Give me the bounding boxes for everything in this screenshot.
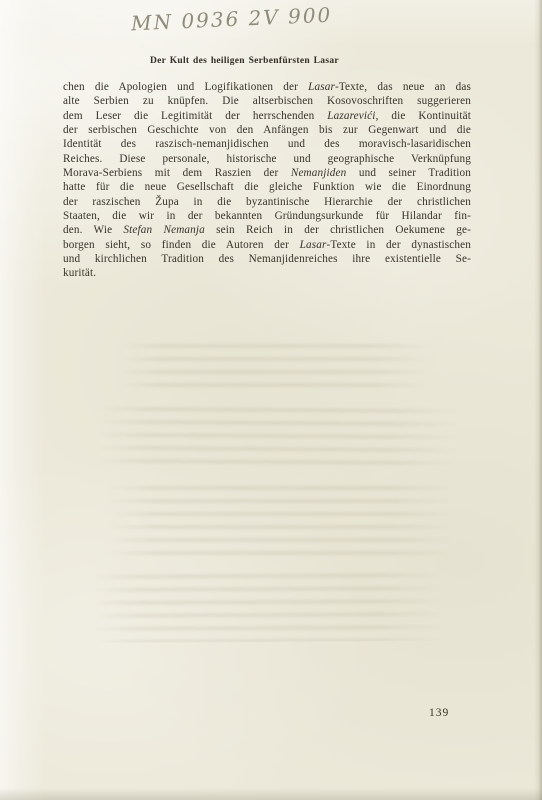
text-segment: dem Leser die Legitimität der herrschend… (63, 110, 327, 122)
paragraph-line: kurität. (63, 266, 471, 280)
text-segment: Identität des raszisch-nemanjidischen un… (63, 138, 471, 150)
text-segment: der serbischen Geschichte von den Anfäng… (63, 124, 471, 136)
paragraph-line: Reiches. Diese personale, historische un… (63, 152, 471, 166)
paragraph-line: den. Wie Stefan Nemanja sein Reich in de… (63, 223, 471, 237)
scan-shadow-edge-right (534, 0, 542, 800)
scanned-book-page: MN 0936 2V 900 Der Kult des heiligen Ser… (0, 0, 542, 800)
paragraph-line: Staaten, die wir in der bekannten Gründu… (63, 209, 471, 223)
bleedthrough-ghost-text (98, 399, 458, 474)
text-segment: Staaten, die wir in der bekannten Gründu… (63, 210, 471, 222)
paragraph-line: der serbischen Geschichte von den Anfäng… (63, 123, 471, 137)
body-paragraph: chen die Apologien und Logifikationen de… (63, 80, 471, 281)
text-segment: alte Serbien zu knüpfen. Die altserbisch… (63, 95, 471, 107)
paragraph-line: hatte für die neue Gesellschaft die glei… (63, 180, 471, 194)
text-segment: und seiner Tradition (346, 167, 471, 179)
page-number: 139 (429, 707, 449, 719)
bleedthrough-ghost-text (108, 478, 453, 564)
paragraph-line: der raszischen Župa in die byzantinische… (63, 195, 471, 209)
text-segment: Morava-Serbiens mit dem Raszien der (63, 167, 291, 179)
paragraph-line: alte Serbien zu knüpfen. Die altserbisch… (63, 94, 471, 108)
text-segment: kurität. (63, 267, 96, 279)
italic-text-segment: Lazarevići (327, 110, 375, 122)
italic-text-segment: Lasar (300, 239, 327, 251)
text-segment: chen die Apologien und Logifikationen de… (63, 81, 308, 93)
text-segment: der raszischen Župa in die byzantinische… (63, 196, 471, 208)
scan-light-edge-left (0, 0, 46, 800)
bleedthrough-ghost-text (118, 336, 430, 394)
paragraph-line: chen die Apologien und Logifikationen de… (63, 80, 471, 94)
paragraph-line: Morava-Serbiens mit dem Raszien der Nema… (63, 166, 471, 180)
text-segment: und kirchlichen Tradition des Nemanjiden… (63, 253, 471, 265)
handwritten-catalog-note: MN 0936 2V 900 (131, 3, 333, 36)
running-header: Der Kult des heiligen Serbenfürsten Lasa… (150, 56, 339, 66)
text-segment: -Texte, das neue an das (335, 81, 471, 93)
text-segment: den. Wie (63, 224, 123, 236)
paragraph-line: und kirchlichen Tradition des Nemanjiden… (63, 252, 471, 266)
scan-shadow-edge-bottom (0, 788, 542, 800)
paragraph-line: borgen sieht, so finden die Autoren der … (63, 238, 471, 252)
paragraph-line: dem Leser die Legitimität der herrschend… (63, 109, 471, 123)
text-segment: , die Kontinuität (376, 110, 471, 122)
text-segment: sein Reich in der christlichen Oekumene … (205, 224, 471, 236)
text-segment: borgen sieht, so finden die Autoren der (63, 239, 300, 251)
text-segment: hatte für die neue Gesellschaft die glei… (63, 181, 471, 193)
text-segment: -Texte in der dynastischen (327, 239, 472, 251)
paragraph-line: Identität des raszisch-nemanjidischen un… (63, 137, 471, 151)
text-segment: Reiches. Diese personale, historische un… (63, 153, 471, 165)
italic-text-segment: Stefan Nemanja (123, 224, 205, 236)
bleedthrough-ghost-text (92, 565, 442, 643)
italic-text-segment: Nemanjiden (291, 167, 347, 179)
italic-text-segment: Lasar (308, 81, 335, 93)
